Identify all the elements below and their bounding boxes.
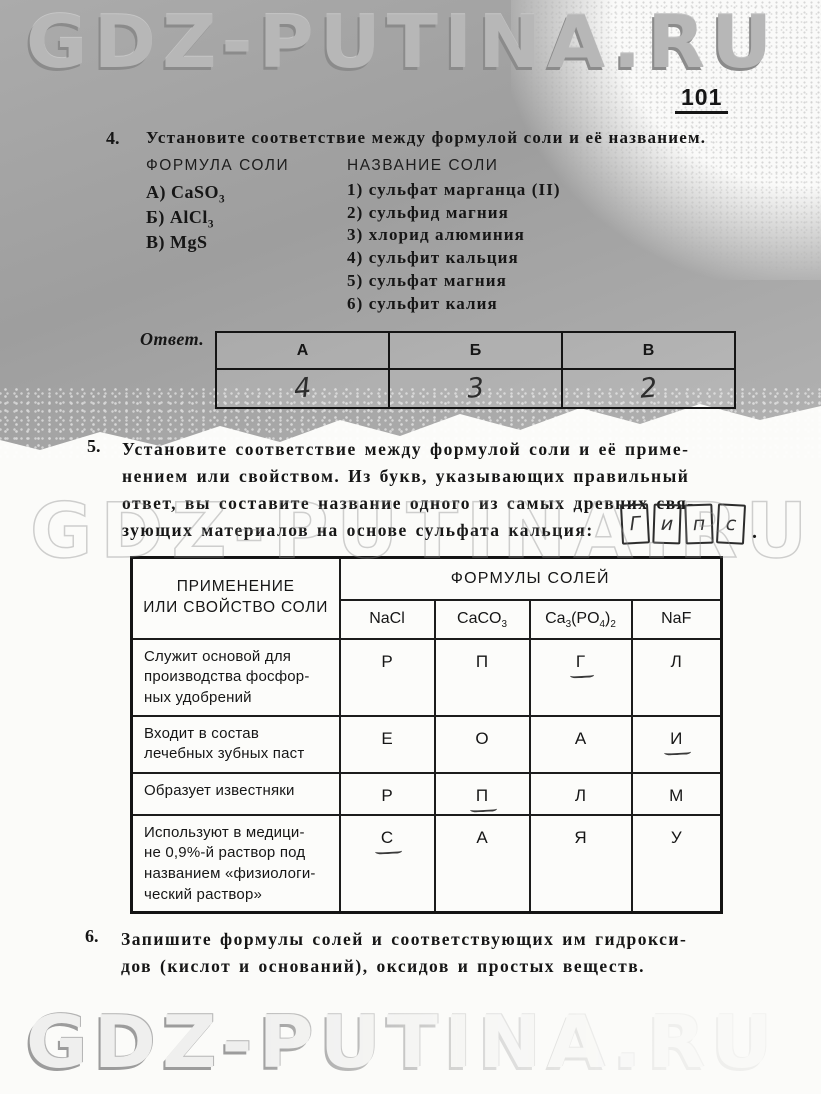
row-label: Используют в медици- не 0,9%-й раствор п…	[132, 815, 340, 913]
workbook-page: GDZ-PUTINA.RU GDZ-PUTINA.RU GDZ-PUTINA.R…	[0, 0, 821, 1094]
page-number: 101	[675, 84, 728, 114]
letter-cell: М	[632, 773, 722, 815]
task4-formula-item: Б) AlCl3	[146, 205, 225, 230]
sentence-period: .	[752, 521, 757, 544]
match-table-row: Используют в медици- не 0,9%-й раствор п…	[132, 815, 722, 913]
answer-box: п	[684, 504, 713, 545]
task4-title: Установите соответствие между формулой с…	[146, 128, 706, 148]
answer-header-cell: В	[562, 332, 735, 369]
task5-match-table: ПРИМЕНЕНИЕ ИЛИ СВОЙСТВО СОЛИ ФОРМУЛЫ СОЛ…	[130, 556, 723, 914]
answer-box: и	[652, 504, 681, 545]
formula-column-header: Ca3(PO4)2	[530, 600, 632, 639]
formula-column-header: NaF	[632, 600, 722, 639]
letter-cell: Я	[530, 815, 632, 913]
task6-text: Запишите формулы солей и соответствующих…	[121, 926, 771, 980]
letter-cell: Л	[530, 773, 632, 815]
answer-table-value-row: 4 3 2	[216, 369, 735, 408]
letter-cell: П	[435, 639, 530, 716]
task5-answer-boxes: Г и п с .	[621, 504, 757, 544]
task5-number: 5.	[87, 436, 101, 457]
task4-name-item: 5) сульфат магния	[347, 270, 561, 293]
task4-name-item: 4) сульфит кальция	[347, 247, 561, 270]
task6-number: 6.	[85, 926, 99, 947]
letter-cell: О	[435, 716, 530, 773]
task4-number: 4.	[106, 128, 120, 149]
formula-column-header: NaCl	[340, 600, 435, 639]
letter-cell: С	[340, 815, 435, 913]
match-span-header: ФОРМУЛЫ СОЛЕЙ	[340, 558, 722, 600]
answer-value-cell: 4	[216, 369, 389, 408]
letter-cell: А	[435, 815, 530, 913]
task4-formula-column-header: ФОРМУЛА СОЛИ	[146, 157, 289, 175]
answer-header-cell: Б	[389, 332, 562, 369]
task4-answer-label: Ответ.	[140, 329, 204, 350]
answer-box: с	[716, 503, 746, 544]
row-label: Входит в состав лечебных зубных паст	[132, 716, 340, 773]
answer-header-cell: А	[216, 332, 389, 369]
task4-answer-table: А Б В 4 3 2	[215, 331, 736, 409]
task4-formula-item: А) CaSO3	[146, 180, 225, 205]
task4-name-item: 6) сульфит калия	[347, 293, 561, 316]
answer-value-cell: 3	[389, 369, 562, 408]
match-corner-header: ПРИМЕНЕНИЕ ИЛИ СВОЙСТВО СОЛИ	[132, 558, 340, 639]
task4-name-item: 2) сульфид магния	[347, 202, 561, 225]
answer-value-cell: 2	[562, 369, 735, 408]
letter-cell: А	[530, 716, 632, 773]
letter-cell: Р	[340, 639, 435, 716]
letter-cell: И	[632, 716, 722, 773]
row-label: Служит основой для производства фосфор- …	[132, 639, 340, 716]
answer-table-header-row: А Б В	[216, 332, 735, 369]
task4-name-list: 1) сульфат марганца (II) 2) сульфид магн…	[347, 179, 561, 315]
letter-cell: Л	[632, 639, 722, 716]
letter-cell: Е	[340, 716, 435, 773]
match-table-row: Образует известняки Р П Л М	[132, 773, 722, 815]
task4-formula-list: А) CaSO3 Б) AlCl3 В) MgS	[146, 180, 225, 255]
letter-cell: Р	[340, 773, 435, 815]
task4-formula-item: В) MgS	[146, 230, 225, 255]
letter-cell: Г	[530, 639, 632, 716]
letter-cell: У	[632, 815, 722, 913]
task4-name-item: 3) хлорид алюминия	[347, 224, 561, 247]
letter-cell: П	[435, 773, 530, 815]
match-table-row: Входит в состав лечебных зубных паст Е О…	[132, 716, 722, 773]
task4-name-column-header: НАЗВАНИЕ СОЛИ	[347, 157, 498, 175]
task4-name-item: 1) сульфат марганца (II)	[347, 179, 561, 202]
match-table-top-header-row: ПРИМЕНЕНИЕ ИЛИ СВОЙСТВО СОЛИ ФОРМУЛЫ СОЛ…	[132, 558, 722, 600]
formula-column-header: CaCO3	[435, 600, 530, 639]
row-label: Образует известняки	[132, 773, 340, 815]
match-table-row: Служит основой для производства фосфор- …	[132, 639, 722, 716]
answer-box: Г	[620, 503, 650, 544]
